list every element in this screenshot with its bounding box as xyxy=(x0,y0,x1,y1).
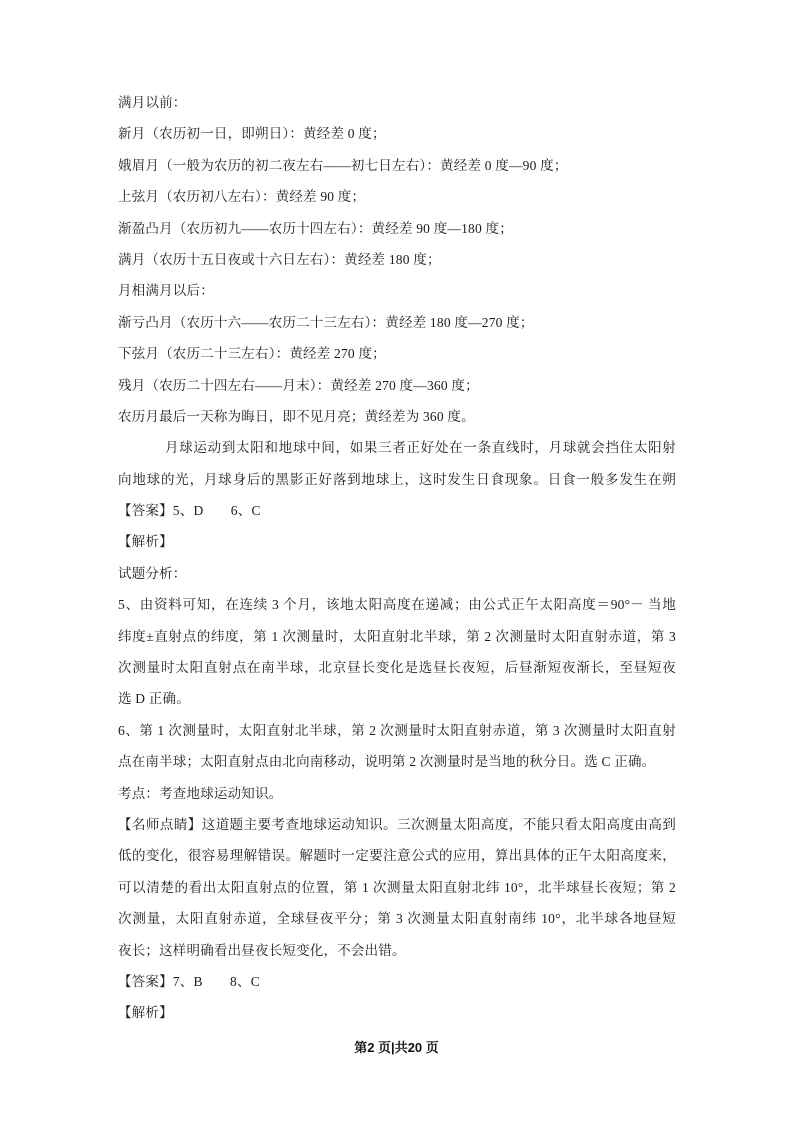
q5-analysis-line-1: 5、由资料可知，在连续 3 个月，该地太阳高度在递减；由公式正午太阳高度＝90°… xyxy=(118,589,676,620)
teacher-tip-line-4: 次测量，太阳直射赤道，全球昼夜平分；第 3 次测量太阳直射南纬 10°，北半球各… xyxy=(118,903,676,934)
document-body: 满月以前： 新月（农历初一日，即朔日）：黄经差 0 度； 娥眉月（一般为农历的初… xyxy=(118,87,676,1029)
line-full-moon: 满月（农历十五日夜或十六日左右）：黄经差 180 度； xyxy=(118,244,676,275)
teacher-tip-line-5: 夜长；这样明确看出昼夜长短变化，不会出错。 xyxy=(118,935,676,966)
section-heading-after-full-moon: 月相满月以后： xyxy=(118,275,676,306)
answer-label-5-6: 【答案】5、D 6、C xyxy=(118,495,676,526)
q5-analysis-line-3: 次测量时太阳直射点在南半球，北京昼长变化是选昼长夜短，后昼渐短夜渐长，至昼短夜长… xyxy=(118,652,676,683)
line-crescent-moon: 娥眉月（一般为农历的初二夜左右——初七日左右）：黄经差 0 度—90 度； xyxy=(118,150,676,181)
teacher-tip-line-3: 可以清楚的看出太阳直射点的位置，第 1 次测量太阳直射北纬 10°，北半球昼长夜… xyxy=(118,872,676,903)
line-hui-day: 农历月最后一天称为晦日，即不见月亮；黄经差为 360 度。 xyxy=(118,401,676,432)
line-first-quarter-moon: 上弦月（农历初八左右）：黄经差 90 度； xyxy=(118,181,676,212)
para-solar-eclipse-line-1: 月球运动到太阳和地球中间，如果三者正好处在一条直线时，月球就会挡住太阳射 xyxy=(118,432,676,463)
line-new-moon: 新月（农历初一日，即朔日）：黄经差 0 度； xyxy=(118,118,676,149)
page-footer: 第2 页|共20 页 xyxy=(0,1036,793,1060)
line-waning-gibbous: 渐亏凸月（农历十六——农历二十三左右）：黄经差 180 度—270 度； xyxy=(118,307,676,338)
q5-analysis-line-4: 选 D 正确。 xyxy=(118,683,676,714)
question-analysis-label: 试题分析： xyxy=(118,558,676,589)
analysis-label-2: 【解析】 xyxy=(118,997,676,1028)
section-heading-before-full-moon: 满月以前： xyxy=(118,87,676,118)
q5-analysis-line-2: 纬度±直射点的纬度，第 1 次测量时，太阳直射北半球，第 2 次测量时太阳直射赤… xyxy=(118,621,676,652)
exam-point-line: 考点：考查地球运动知识。 xyxy=(118,778,676,809)
document-page: 满月以前： 新月（农历初一日，即朔日）：黄经差 0 度； 娥眉月（一般为农历的初… xyxy=(0,0,793,1122)
answer-label-7-8: 【答案】7、B 8、C xyxy=(118,966,676,997)
line-waxing-gibbous: 渐盈凸月（农历初九——农历十四左右）：黄经差 90 度—180 度； xyxy=(118,213,676,244)
teacher-tip-line-2: 低的变化，很容易理解错误。解题时一定要注意公式的应用，算出具体的正午太阳高度来， xyxy=(118,840,676,871)
teacher-tip-line-1: 【名师点睛】这道题主要考查地球运动知识。三次测量太阳高度，不能只看太阳高度由高到 xyxy=(118,809,676,840)
line-waning-crescent: 残月（农历二十四左右——月末）：黄经差 270 度—360 度； xyxy=(118,370,676,401)
q6-analysis-line-1: 6、第 1 次测量时，太阳直射北半球，第 2 次测量时太阳直射赤道，第 3 次测… xyxy=(118,715,676,746)
analysis-label-1: 【解析】 xyxy=(118,526,676,557)
line-last-quarter-moon: 下弦月（农历二十三左右）：黄经差 270 度； xyxy=(118,338,676,369)
q6-analysis-line-2: 点在南半球；太阳直射点由北向南移动，说明第 2 次测量时是当地的秋分日。选 C … xyxy=(118,746,676,777)
para-solar-eclipse-line-2: 向地球的光，月球身后的黑影正好落到地球上，这时发生日食现象。日食一般多发生在朔日… xyxy=(118,464,676,495)
